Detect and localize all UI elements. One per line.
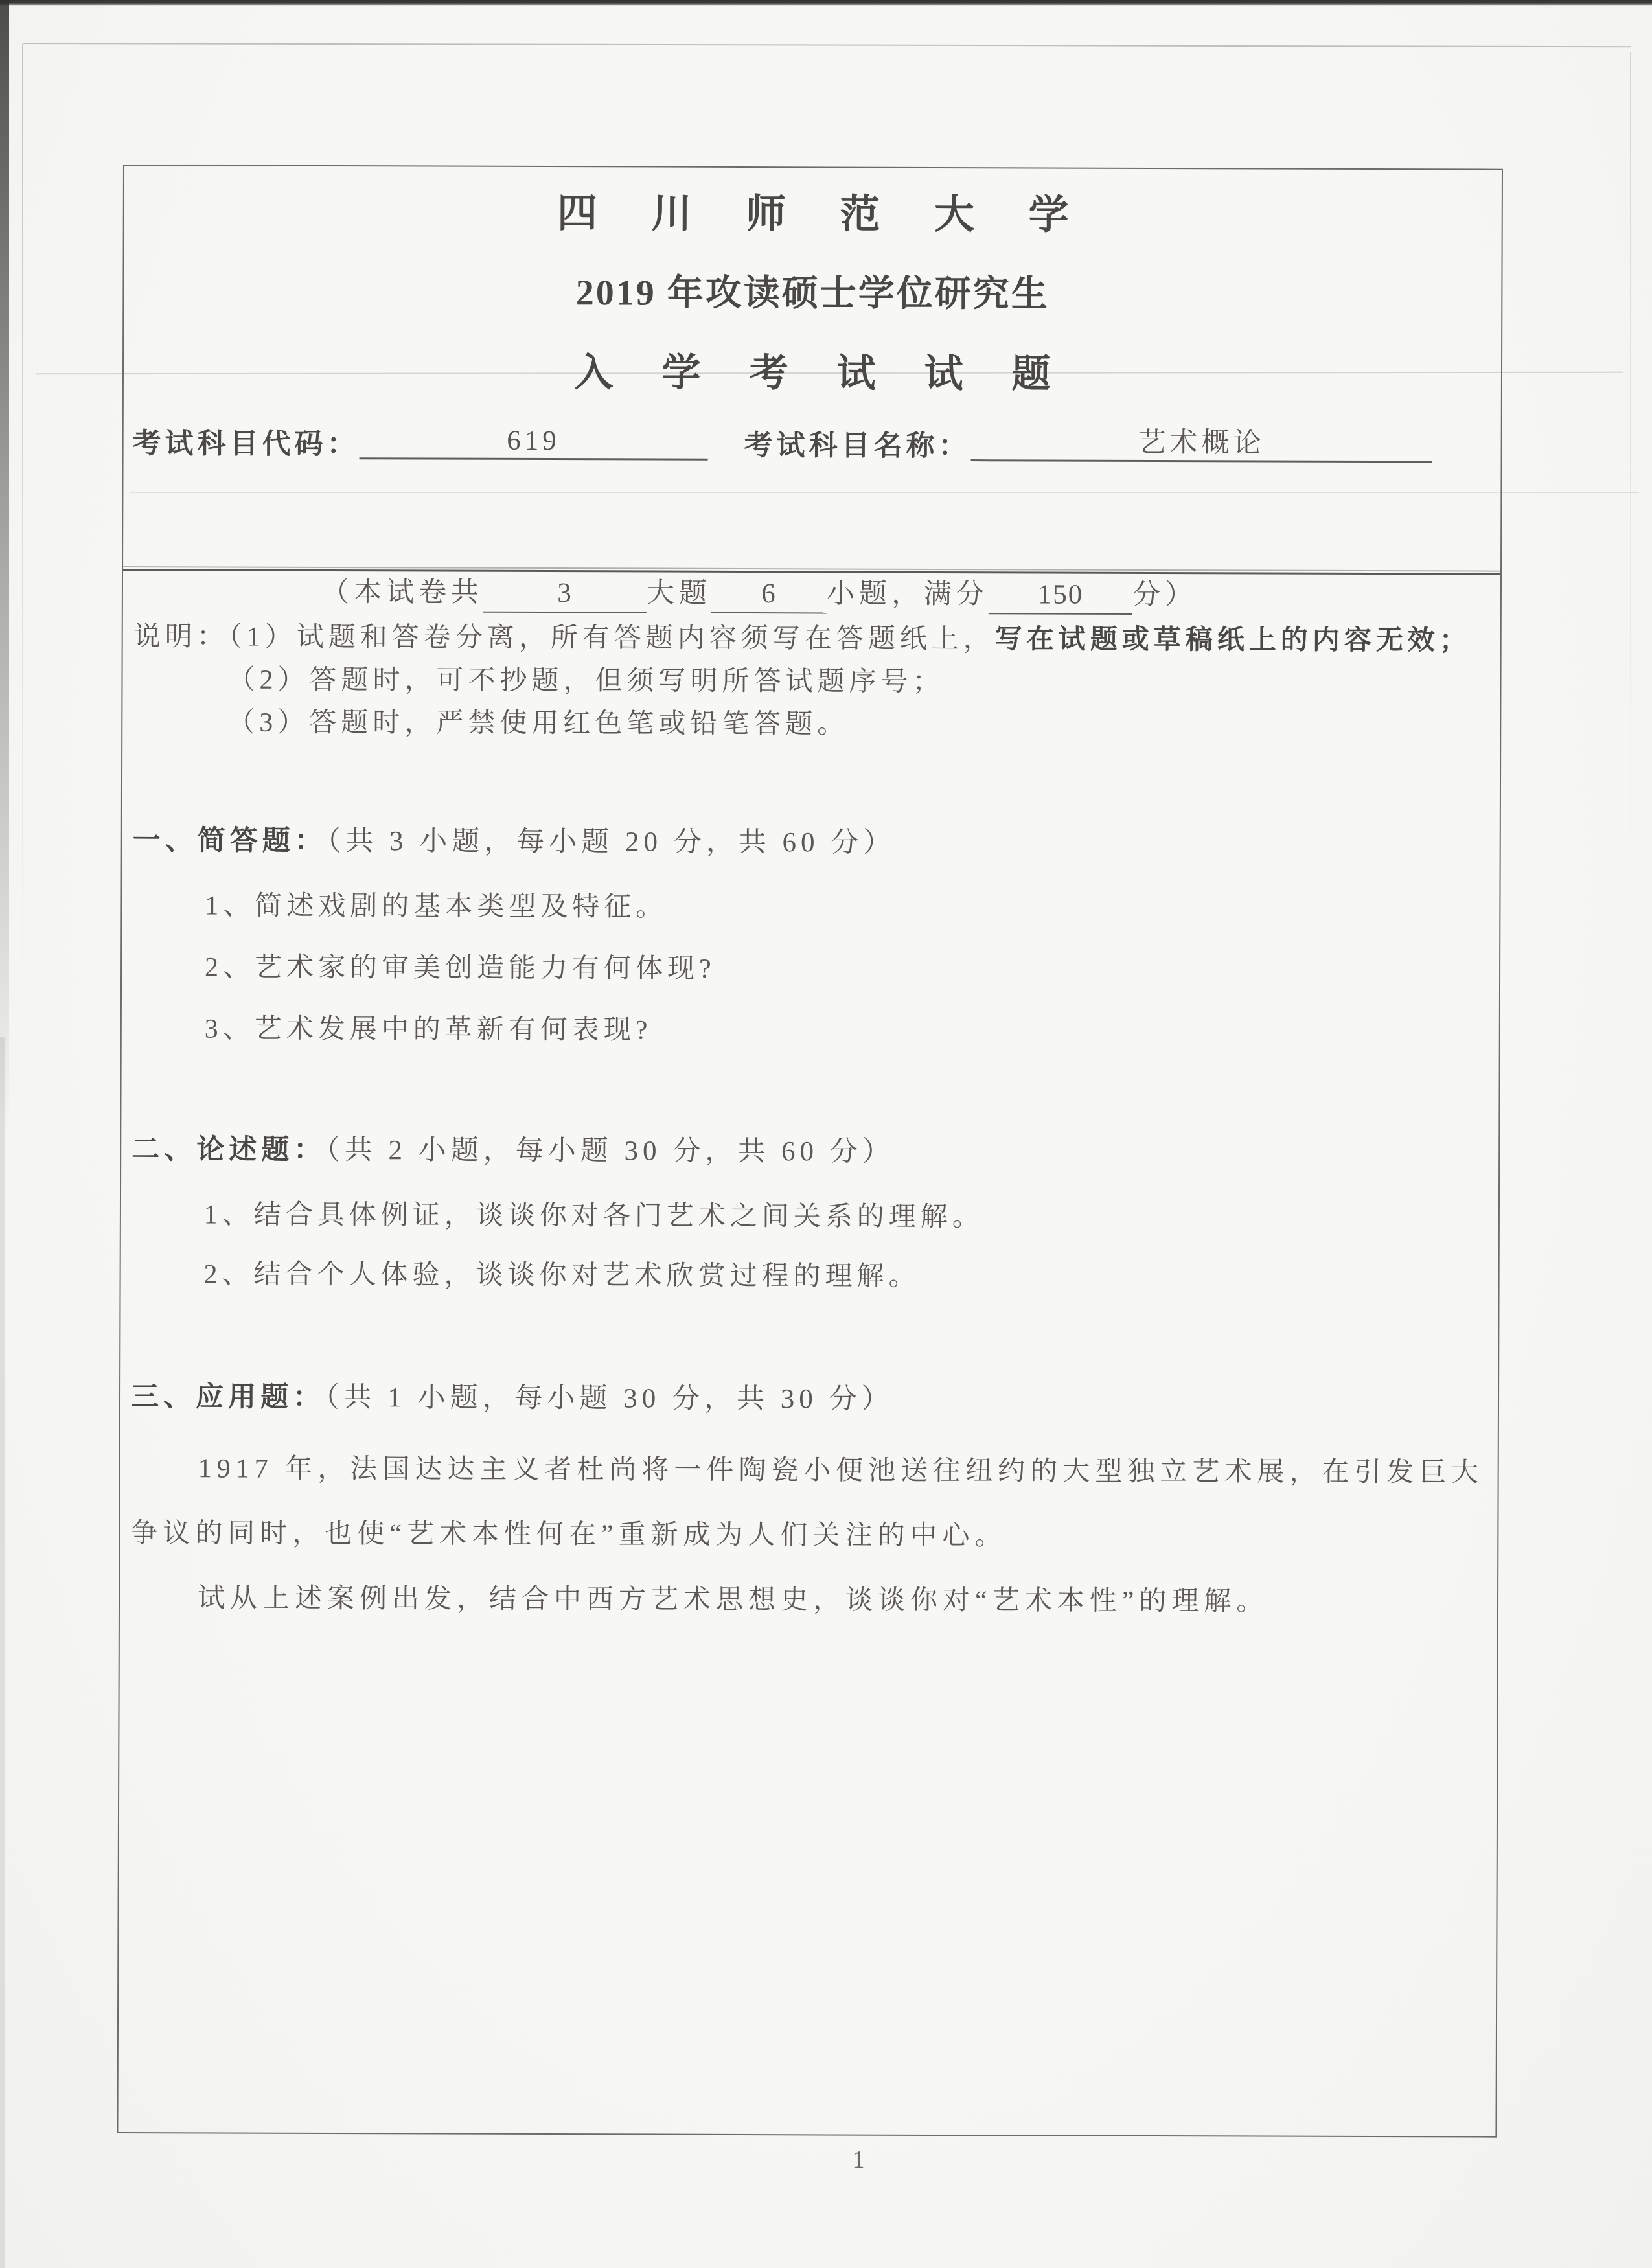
exam-body: （本试卷共3大题6小题，满分150分） 说明：（1）试题和答卷分离，所有答题内容… [120,576,1500,1621]
subject-code-value: 619 [360,426,708,461]
program-title: 2019 年攻读硕士学位研究生 [124,273,1501,314]
minor-count-blank: 6 [711,578,827,614]
question-item: 1、简述戏剧的基本类型及特征。 [205,888,1482,928]
instruction-1-emphasis: 写在试题或草稿纸上的内容无效； [995,624,1471,656]
university-name: 四 川 师 范 大 学 [124,166,1502,237]
scanner-edge-top [0,0,1652,6]
section-2-title: 二、论述题： [132,1134,326,1165]
scanned-exam-page: 四 川 师 范 大 学 2019 年攻读硕士学位研究生 入 学 考 试 试 题 … [0,0,1652,2268]
total-score-blank: 150 [989,578,1132,615]
section-3-case-text: 1917 年，法国达达主义者杜尚将一件陶瓷小便池送往纽约的大型独立艺术展，在引发… [130,1450,1481,1621]
instruction-1-text: （1）试题和答卷分离，所有答题内容须写在答题纸上， [229,623,995,655]
instructions-block: 说明：（1）试题和答卷分离，所有答题内容须写在答题纸上，写在试题或草稿纸上的内容… [133,615,1484,748]
section-1-meta: （共 3 小题，每小题 20 分，共 60 分） [327,826,896,858]
scanner-edge-left-soft [0,1037,5,2268]
section-3-title: 三、应用题： [131,1382,325,1413]
section-1-heading: 一、简答题：（共 3 小题，每小题 20 分，共 60 分） [133,823,1483,864]
subject-name-value: 艺术概论 [971,428,1432,463]
subject-code-label: 考试科目代码： [133,429,360,459]
major-count-blank: 3 [483,577,647,613]
instruction-item-3: （3）答题时，严禁使用红色笔或铅笔答题。 [133,701,1483,748]
instructions-label: 说明： [133,622,229,652]
paper-edge-line-left [22,44,23,1016]
paper-edge-line-right [1630,52,1631,894]
exam-summary-line: （本试卷共3大题6小题，满分150分） [321,577,1484,616]
exam-header: 四 川 师 范 大 学 2019 年攻读硕士学位研究生 入 学 考 试 试 题 … [123,166,1502,571]
exam-title: 入 学 考 试 试 题 [124,352,1501,395]
section-2-meta: （共 2 小题，每小题 30 分，共 60 分） [326,1135,895,1167]
scanner-edge-left [0,0,9,1134]
paper-edge-line-top [23,43,1631,47]
case-line: 争议的同时，也使“艺术本性何在”重新成为人们关注的中心。 [130,1515,1480,1556]
instruction-item-1: 说明：（1）试题和答卷分离，所有答题内容须写在答题纸上，写在试题或草稿纸上的内容… [133,615,1484,663]
question-item: 1、结合具体例证，谈谈你对各门艺术之间关系的理解。 [204,1197,1482,1237]
summary-prefix: （本试卷共 [321,577,483,608]
section-1-items: 1、简述戏剧的基本类型及特征。 2、艺术家的审美创造能力有何体现? 3、艺术发展… [205,888,1483,1051]
subject-name-label: 考试科目名称： [744,431,971,461]
case-line: 1917 年，法国达达主义者杜尚将一件陶瓷小便池送往纽约的大型独立艺术展，在引发… [131,1450,1481,1491]
section-2-items: 1、结合具体例证，谈谈你对各门艺术之间关系的理解。 2、结合个人体验，谈谈你对艺… [204,1197,1482,1296]
section-2-heading: 二、论述题：（共 2 小题，每小题 30 分，共 60 分） [132,1132,1482,1173]
section-3-meta: （共 1 小题，每小题 30 分，共 30 分） [325,1382,894,1415]
section-3-heading: 三、应用题：（共 1 小题，每小题 30 分，共 30 分） [131,1379,1481,1420]
subject-row: 考试科目代码： 619 考试科目名称： 艺术概论 [124,425,1501,463]
instruction-item-2: （2）答题时，可不抄题，但须写明所答试题序号； [133,658,1483,705]
major-unit: 大题 [647,578,711,609]
exam-paper-frame: 四 川 师 范 大 学 2019 年攻读硕士学位研究生 入 学 考 试 试 题 … [117,165,1503,2138]
section-1-title: 一、简答题： [133,825,327,856]
page-number: 1 [0,2146,1652,2174]
case-line: 试从上述案例出发，结合中西方艺术思想史，谈谈你对“艺术本性”的理解。 [130,1580,1480,1621]
minor-unit: 小题，满分 [827,578,989,610]
question-item: 3、艺术发展中的革新有何表现? [205,1011,1482,1051]
question-item: 2、艺术家的审美创造能力有何体现? [205,949,1482,989]
question-item: 2、结合个人体验，谈谈你对艺术欣赏过程的理解。 [204,1256,1482,1296]
summary-suffix: 分） [1132,580,1197,610]
